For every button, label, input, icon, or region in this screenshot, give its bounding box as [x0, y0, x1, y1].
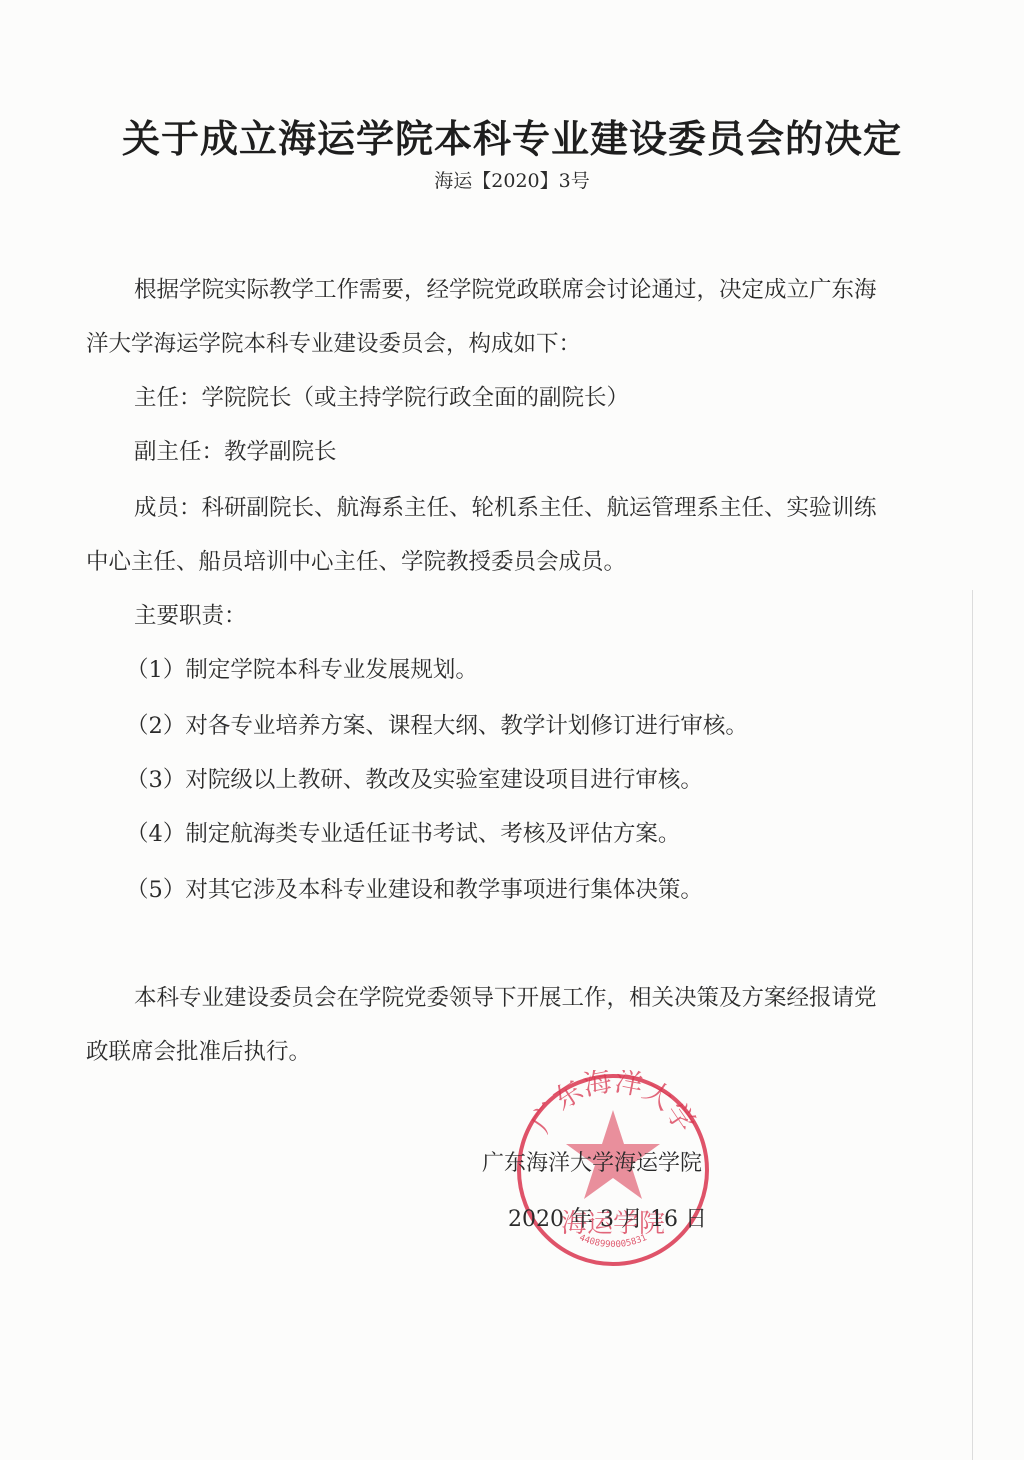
intro-line-2: 洋大学海运学院本科专业建设委员会，构成如下： [86, 326, 581, 358]
duty-item-2: （2）对各专业培养方案、课程大纲、教学计划修订进行审核。 [126, 708, 748, 740]
duty-item-3: （3）对院级以上教研、教改及实验室建设项目进行审核。 [126, 762, 703, 794]
closing-line-2: 政联席会批准后执行。 [86, 1034, 311, 1066]
closing-line-1: 本科专业建设委员会在学院党委领导下开展工作，相关决策及方案经报请党 [134, 980, 877, 1012]
scan-fold-line [972, 590, 973, 1460]
members-line-2: 中心主任、船员培训中心主任、学院教授委员会成员。 [86, 544, 626, 576]
signature-organization: 广东海洋大学海运学院 [482, 1146, 702, 1177]
document-page: 关于成立海运学院本科专业建设委员会的决定 海运【2020】3号 根据学院实际教学… [0, 0, 1024, 1460]
director-line: 主任：学院院长（或主持学院行政全面的副院长） [134, 380, 629, 412]
duty-item-4: （4）制定航海类专业适任证书考试、考核及评估方案。 [126, 816, 680, 848]
document-number: 海运【2020】3号 [0, 166, 1024, 193]
duty-item-5: （5）对其它涉及本科专业建设和教学事项进行集体决策。 [126, 872, 703, 904]
members-line-1: 成员：科研副院长、航海系主任、轮机系主任、航运管理系主任、实验训练 [134, 490, 877, 522]
intro-line-1: 根据学院实际教学工作需要，经学院党政联席会讨论通过，决定成立广东海 [134, 272, 877, 304]
duty-item-1: （1）制定学院本科专业发展规划。 [126, 652, 478, 684]
duties-heading: 主要职责： [134, 598, 247, 630]
signature-date: 2020 年 3 月 16 日 [508, 1202, 707, 1233]
document-title: 关于成立海运学院本科专业建设委员会的决定 [0, 108, 1024, 163]
deputy-director-line: 副主任：教学副院长 [134, 434, 337, 466]
